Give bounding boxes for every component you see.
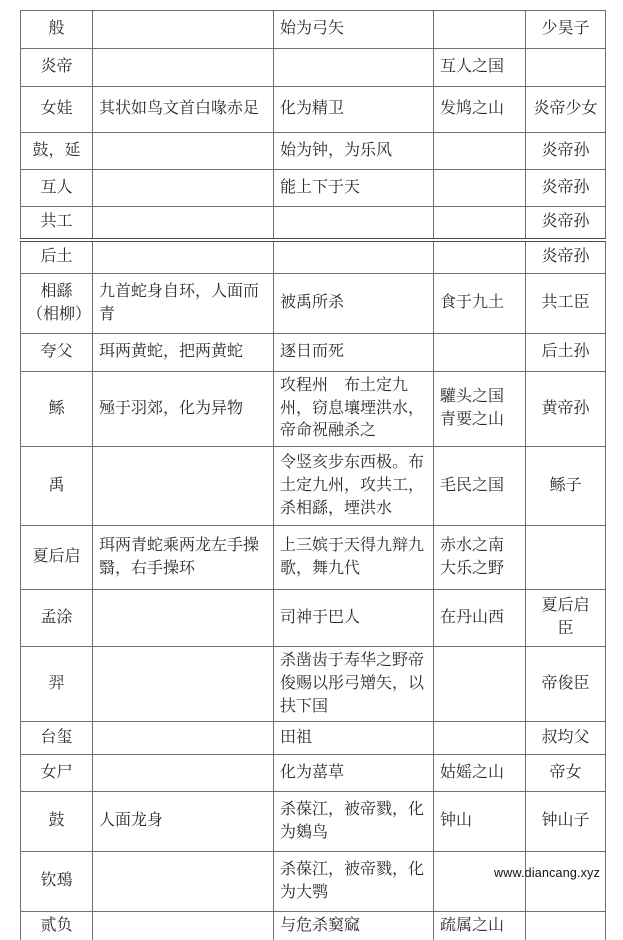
cell-description xyxy=(93,170,274,207)
cell-deeds: 被禹所杀 xyxy=(274,274,434,334)
cell-location: 食于九土 xyxy=(434,274,526,334)
cell-name: 鲧 xyxy=(21,372,93,447)
cell-location: 疏属之山 xyxy=(434,912,526,940)
cell-location: 毛民之国 xyxy=(434,447,526,526)
cell-relation: 炎帝孙 xyxy=(526,133,606,170)
table-row: 相繇 （相柳）九首蛇身自环，人面而青被禹所杀食于九土共工臣 xyxy=(21,274,606,334)
cell-relation: 帝俊臣 xyxy=(526,647,606,722)
table-row: 鲧殛于羽郊，化为异物攻程州 布土定九州，窃息壤堙洪水，帝命祝融杀之驩头之国 青要… xyxy=(21,372,606,447)
table-row: 孟涂司神于巴人在丹山西夏后启 臣 xyxy=(21,590,606,647)
cell-location: 在丹山西 xyxy=(434,590,526,647)
cell-name: 相繇 （相柳） xyxy=(21,274,93,334)
cell-deeds: 逐日而死 xyxy=(274,334,434,372)
cell-location xyxy=(434,207,526,240)
cell-relation xyxy=(526,526,606,590)
watermark: www.diancang.xyz xyxy=(494,866,600,880)
cell-location xyxy=(434,240,526,274)
cell-deeds xyxy=(274,240,434,274)
cell-relation xyxy=(526,852,606,912)
cell-deeds: 与危杀窫窳 xyxy=(274,912,434,940)
cell-deeds: 杀凿齿于寿华之野帝俊赐以彤弓矰矢，以扶下国 xyxy=(274,647,434,722)
cell-location xyxy=(434,852,526,912)
cell-description: 九首蛇身自环，人面而青 xyxy=(93,274,274,334)
table-row: 鼓人面龙身杀葆江，被帝戮，化为鵕鸟钟山钟山子 xyxy=(21,792,606,852)
table-row: 共工炎帝孙 xyxy=(21,207,606,240)
cell-name: 女娃 xyxy=(21,87,93,133)
cell-deeds: 杀葆江，被帝戮，化为鵕鸟 xyxy=(274,792,434,852)
cell-description xyxy=(93,11,274,49)
cell-name: 炎帝 xyxy=(21,49,93,87)
cell-deeds: 始为钟，为乐风 xyxy=(274,133,434,170)
cell-relation: 钟山子 xyxy=(526,792,606,852)
cell-name: 夸父 xyxy=(21,334,93,372)
cell-description xyxy=(93,447,274,526)
cell-name: 孟涂 xyxy=(21,590,93,647)
cell-name: 台玺 xyxy=(21,722,93,755)
cell-location xyxy=(434,170,526,207)
cell-relation: 鲧子 xyxy=(526,447,606,526)
cell-description xyxy=(93,755,274,792)
cell-name: 鼓 xyxy=(21,792,93,852)
cell-location: 驩头之国 青要之山 xyxy=(434,372,526,447)
table-row: 羿杀凿齿于寿华之野帝俊赐以彤弓矰矢，以扶下国帝俊臣 xyxy=(21,647,606,722)
cell-description xyxy=(93,722,274,755)
cell-description xyxy=(93,207,274,240)
table-row: 互人能上下于天炎帝孙 xyxy=(21,170,606,207)
cell-name: 钦䲹 xyxy=(21,852,93,912)
mythology-table: 般始为弓矢少昊子炎帝互人之国女娃其状如鸟文首白喙赤足化为精卫发鸠之山炎帝少女鼓，… xyxy=(20,10,606,940)
cell-deeds: 田祖 xyxy=(274,722,434,755)
cell-location: 发鸠之山 xyxy=(434,87,526,133)
table-body: 般始为弓矢少昊子炎帝互人之国女娃其状如鸟文首白喙赤足化为精卫发鸠之山炎帝少女鼓，… xyxy=(21,11,606,940)
cell-deeds: 令竖亥步东西极。布土定九州，攻共工，杀相繇，堙洪水 xyxy=(274,447,434,526)
cell-relation: 后土孙 xyxy=(526,334,606,372)
cell-description xyxy=(93,240,274,274)
cell-deeds: 始为弓矢 xyxy=(274,11,434,49)
cell-description xyxy=(93,852,274,912)
cell-location xyxy=(434,647,526,722)
cell-relation: 叔均父 xyxy=(526,722,606,755)
cell-description: 人面龙身 xyxy=(93,792,274,852)
cell-relation: 炎帝少女 xyxy=(526,87,606,133)
table-row: 夸父珥两黄蛇，把两黄蛇逐日而死后土孙 xyxy=(21,334,606,372)
cell-name: 鼓，延 xyxy=(21,133,93,170)
cell-deeds: 能上下于天 xyxy=(274,170,434,207)
cell-relation: 炎帝孙 xyxy=(526,170,606,207)
cell-deeds: 杀葆江，被帝戮，化为大鹗 xyxy=(274,852,434,912)
table-row: 台玺田祖叔均父 xyxy=(21,722,606,755)
cell-deeds xyxy=(274,49,434,87)
table-row: 夏后启珥两青蛇乘两龙左手操翳，右手操环上三嫔于天得九辩九歌，舞九代赤水之南 大乐… xyxy=(21,526,606,590)
cell-name: 后土 xyxy=(21,240,93,274)
cell-location xyxy=(434,11,526,49)
table-row: 贰负与危杀窫窳疏属之山 xyxy=(21,912,606,940)
cell-description: 殛于羽郊，化为异物 xyxy=(93,372,274,447)
table-row: 禹令竖亥步东西极。布土定九州，攻共工，杀相繇，堙洪水毛民之国鲧子 xyxy=(21,447,606,526)
cell-description xyxy=(93,647,274,722)
table-row: 女尸化为䔄草姑媱之山帝女 xyxy=(21,755,606,792)
cell-relation: 黄帝孙 xyxy=(526,372,606,447)
cell-location xyxy=(434,334,526,372)
cell-relation xyxy=(526,49,606,87)
cell-relation: 帝女 xyxy=(526,755,606,792)
cell-relation xyxy=(526,912,606,940)
table-row: 女娃其状如鸟文首白喙赤足化为精卫发鸠之山炎帝少女 xyxy=(21,87,606,133)
cell-description xyxy=(93,49,274,87)
cell-name: 女尸 xyxy=(21,755,93,792)
cell-deeds xyxy=(274,207,434,240)
cell-relation: 共工臣 xyxy=(526,274,606,334)
cell-relation: 夏后启 臣 xyxy=(526,590,606,647)
cell-location: 姑媱之山 xyxy=(434,755,526,792)
cell-deeds: 司神于巴人 xyxy=(274,590,434,647)
cell-description xyxy=(93,133,274,170)
cell-deeds: 化为精卫 xyxy=(274,87,434,133)
cell-location xyxy=(434,722,526,755)
table-row: 般始为弓矢少昊子 xyxy=(21,11,606,49)
cell-name: 互人 xyxy=(21,170,93,207)
cell-name: 贰负 xyxy=(21,912,93,940)
cell-relation: 炎帝孙 xyxy=(526,240,606,274)
cell-relation: 少昊子 xyxy=(526,11,606,49)
cell-name: 羿 xyxy=(21,647,93,722)
cell-name: 共工 xyxy=(21,207,93,240)
cell-deeds: 攻程州 布土定九州，窃息壤堙洪水，帝命祝融杀之 xyxy=(274,372,434,447)
cell-deeds: 化为䔄草 xyxy=(274,755,434,792)
cell-description xyxy=(93,912,274,940)
table-row: 鼓，延始为钟，为乐风炎帝孙 xyxy=(21,133,606,170)
cell-description: 其状如鸟文首白喙赤足 xyxy=(93,87,274,133)
cell-location: 赤水之南 大乐之野 xyxy=(434,526,526,590)
cell-location: 钟山 xyxy=(434,792,526,852)
cell-deeds: 上三嫔于天得九辩九歌，舞九代 xyxy=(274,526,434,590)
cell-name: 般 xyxy=(21,11,93,49)
cell-description: 珥两青蛇乘两龙左手操翳，右手操环 xyxy=(93,526,274,590)
cell-relation: 炎帝孙 xyxy=(526,207,606,240)
cell-location: 互人之国 xyxy=(434,49,526,87)
cell-description: 珥两黄蛇，把两黄蛇 xyxy=(93,334,274,372)
cell-name: 夏后启 xyxy=(21,526,93,590)
cell-location xyxy=(434,133,526,170)
cell-name: 禹 xyxy=(21,447,93,526)
table-row: 炎帝互人之国 xyxy=(21,49,606,87)
table-row: 钦䲹杀葆江，被帝戮，化为大鹗 xyxy=(21,852,606,912)
table-row: 后土炎帝孙 xyxy=(21,240,606,274)
cell-description xyxy=(93,590,274,647)
